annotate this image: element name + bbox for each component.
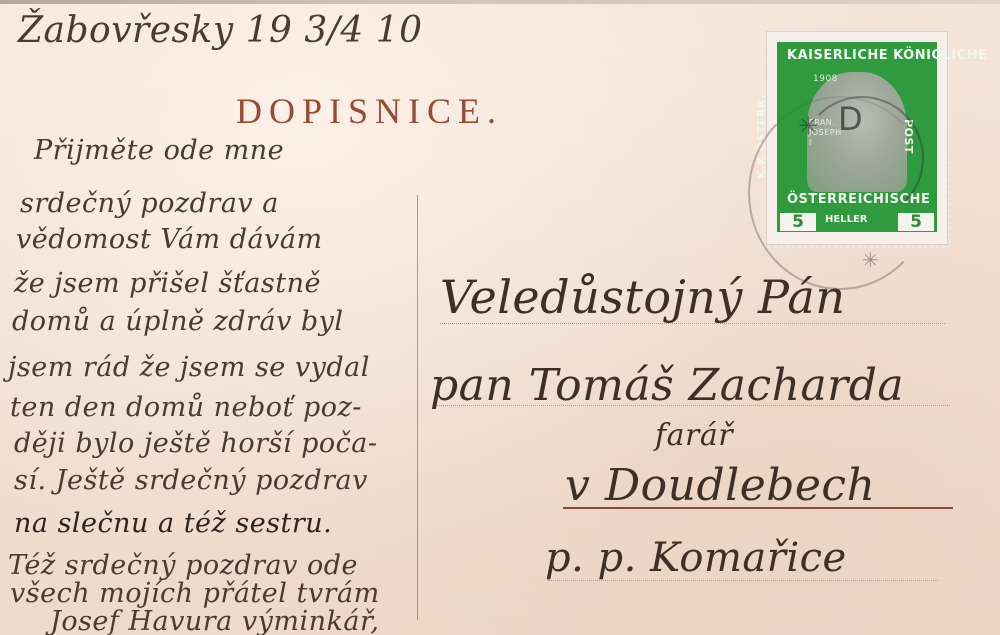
- message-line: všech mojích přátel tvrám: [10, 578, 380, 609]
- stamp-year: 1908: [813, 74, 838, 84]
- card-top-edge: [0, 0, 1000, 4]
- postmark-star-icon: ✳: [862, 248, 879, 272]
- center-divider: [417, 195, 418, 620]
- stamp-top-text: KAISERLICHE KÖNIGLICHE: [787, 48, 988, 63]
- card-title: DOPISNICE.: [236, 90, 503, 132]
- address-salutation: Veledůstojný Pán: [440, 270, 845, 324]
- message-line: domů a úplně zdráv byl: [12, 306, 344, 337]
- message-line: sí. Ještě srdečný pozdrav: [14, 465, 368, 496]
- message-line: srdečný pozdrav a: [20, 188, 279, 219]
- message-line: Přijměte ode mne: [34, 135, 284, 166]
- place-date: Žabovřesky 19 3/4 10: [18, 10, 423, 51]
- address-recipient: pan Tomáš Zacharda: [430, 360, 904, 411]
- message-line: na slečnu a též sestru.: [14, 508, 332, 539]
- address-town: v Doudlebech: [565, 460, 875, 511]
- message-line: že jsem přišel šťastně: [14, 268, 321, 299]
- message-signature: Josef Havura výminkář,: [50, 606, 379, 635]
- message-line: ději bylo ještě horší poča-: [14, 428, 378, 459]
- message-line: vědomost Vám dávám: [16, 224, 323, 255]
- address-post-office: p. p. Komařice: [545, 535, 847, 581]
- address-title: farář: [655, 418, 733, 453]
- message-line: jsem rád že jsem se vydal: [8, 352, 370, 383]
- postmark-letter: D: [838, 100, 863, 138]
- postcard: Žabovřesky 19 3/4 10 DOPISNICE. Přijměte…: [0, 0, 1000, 635]
- postmark-star-icon: ✳: [798, 112, 818, 140]
- message-line: ten den domů neboť poz-: [10, 392, 362, 423]
- message-line: Též srdečný pozdrav ode: [8, 550, 358, 581]
